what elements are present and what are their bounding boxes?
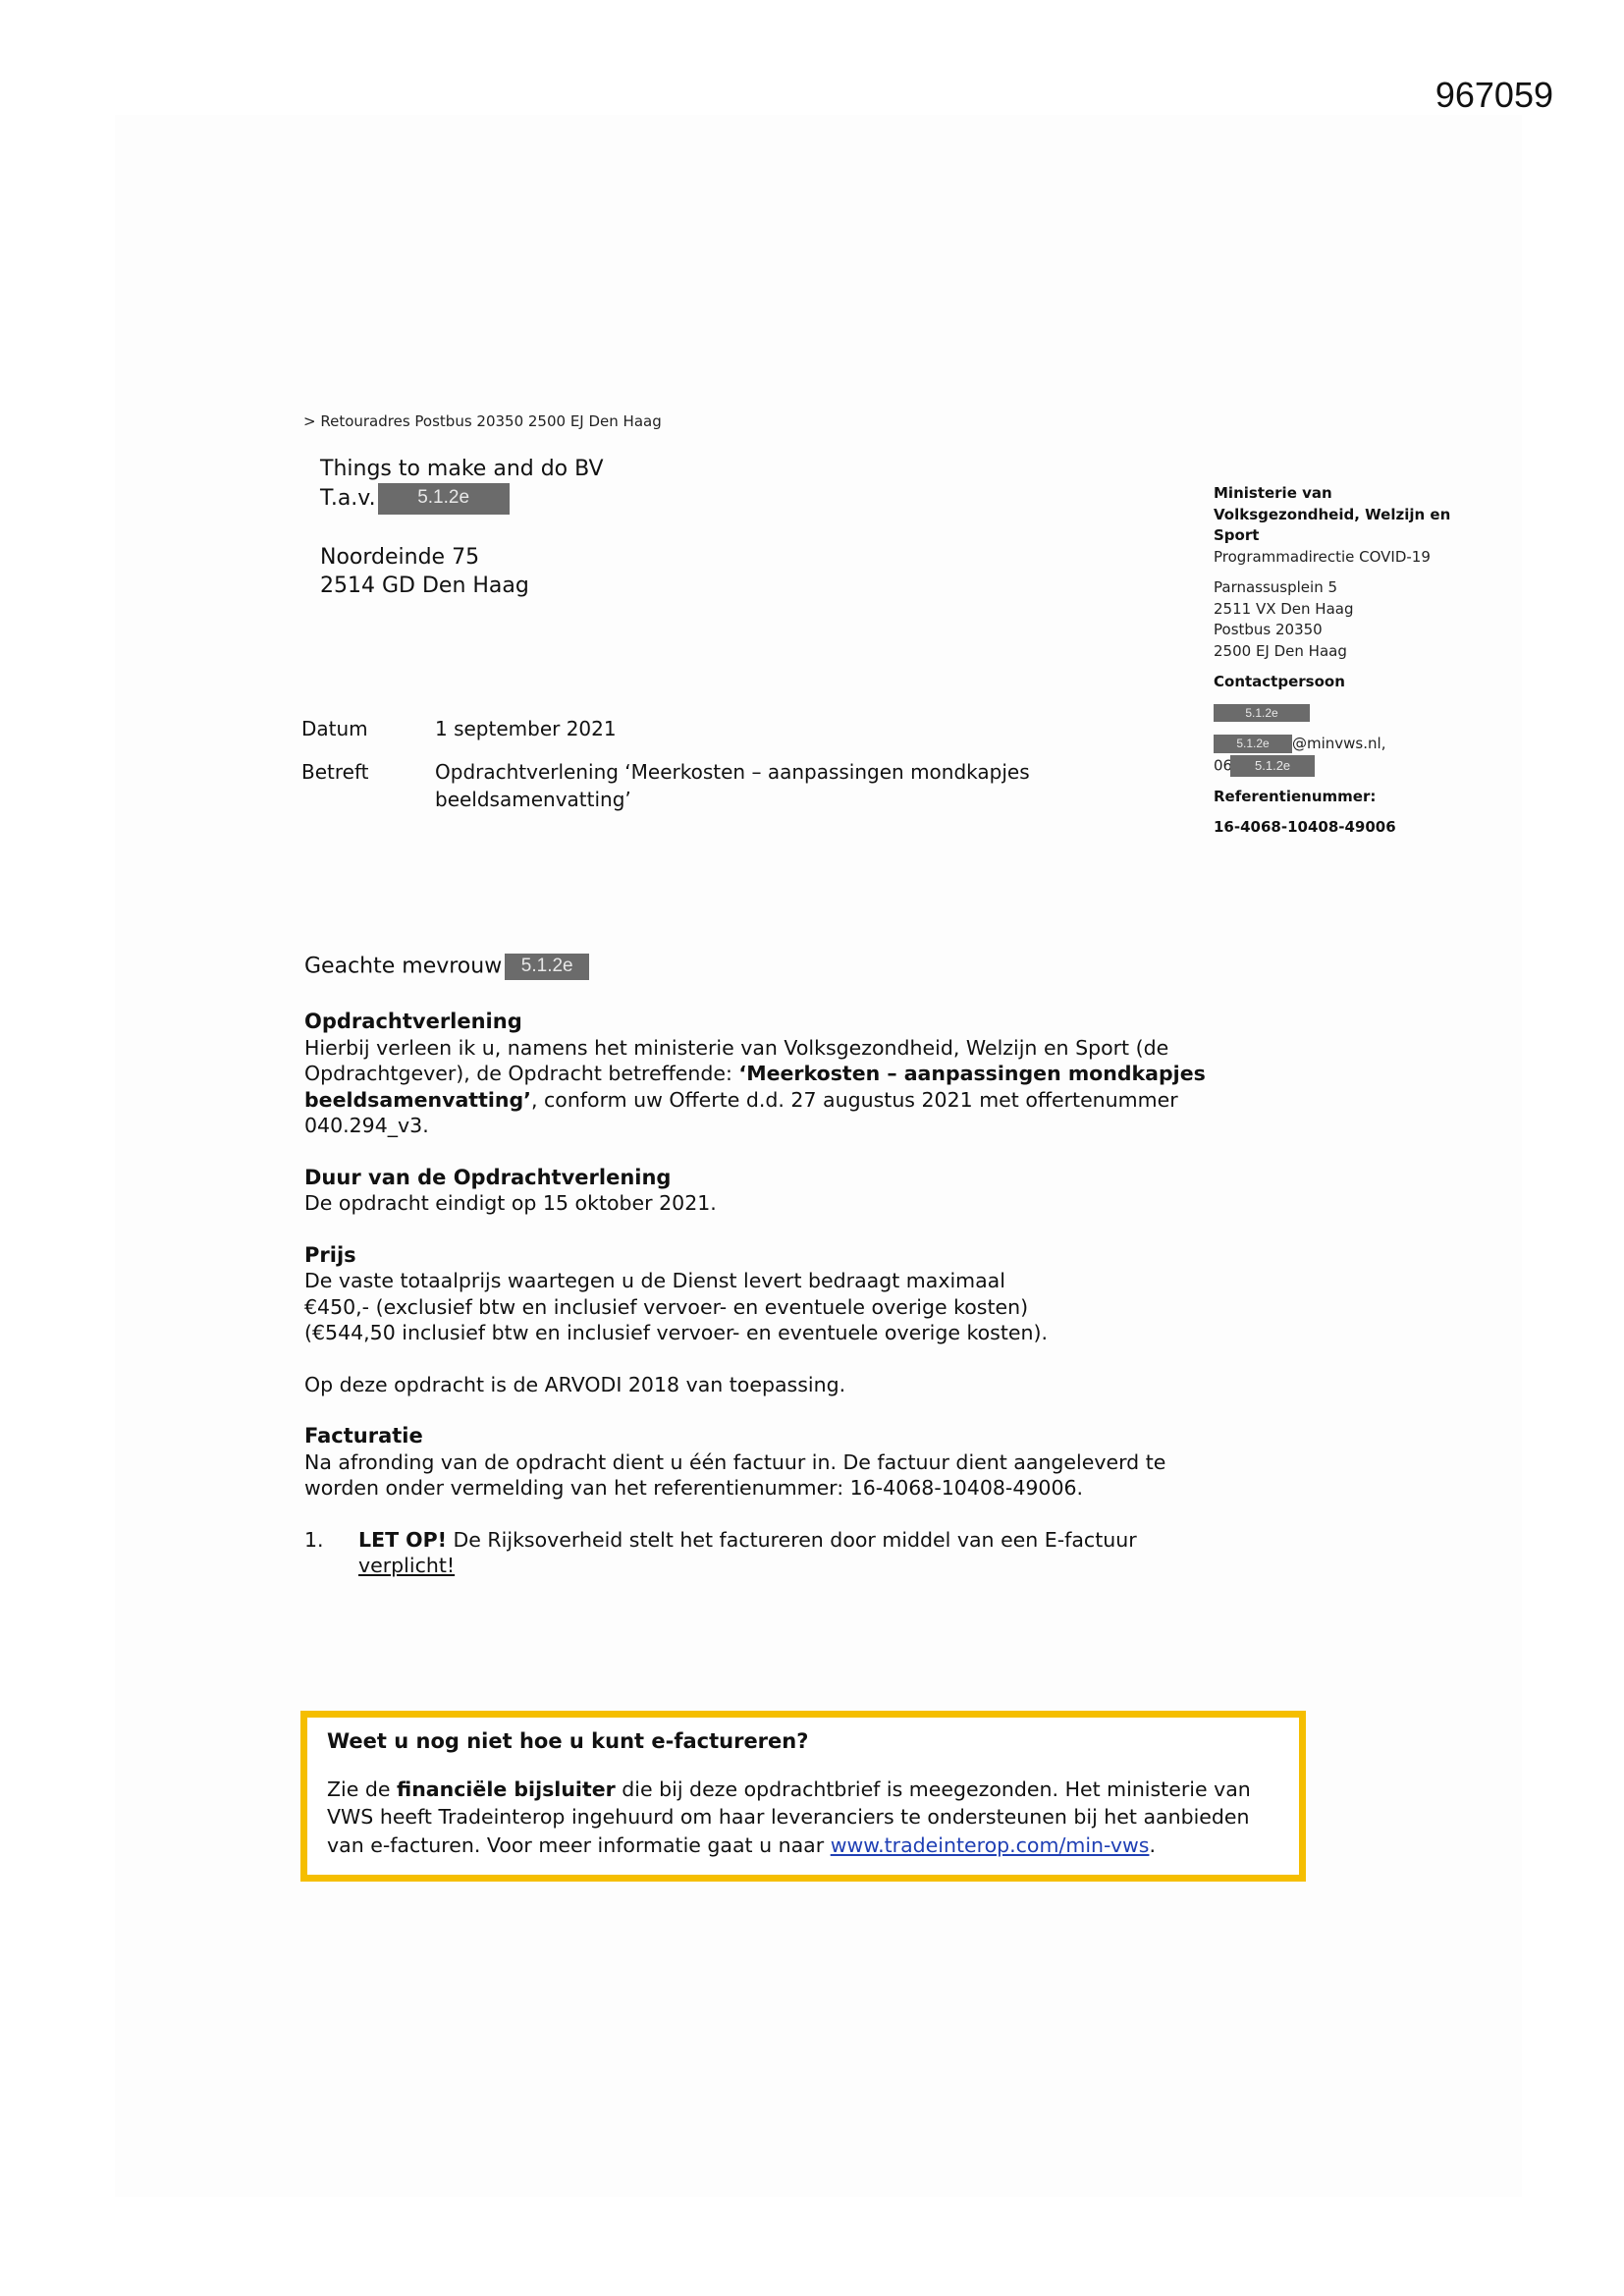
document-number: 967059: [1435, 75, 1553, 116]
subject-label: Betreft: [301, 758, 435, 813]
recipient-street: Noordeinde 75: [320, 543, 604, 572]
sender-directorate: Programmadirectie COVID-19: [1214, 547, 1479, 569]
contact-phone: 065.1.2e: [1214, 755, 1479, 777]
date-row: Datum 1 september 2021: [301, 715, 1122, 742]
info-bold: financiële bijsluiter: [397, 1777, 616, 1801]
section-heading-assignment: Opdrachtverlening: [304, 1009, 1218, 1035]
date-value: 1 september 2021: [435, 715, 1122, 742]
list-item: 1. LET OP! De Rijksoverheid stelt het fa…: [304, 1527, 1218, 1579]
warning-text: De Rijksoverheid stelt het factureren do…: [447, 1528, 1137, 1552]
sender-visit-city: 2511 VX Den Haag: [1214, 599, 1479, 621]
letter-body: Opdrachtverlening Hierbij verleen ik u, …: [304, 1009, 1218, 1579]
letter-meta: Datum 1 september 2021 Betreft Opdrachtv…: [301, 715, 1122, 829]
recipient-address: Things to make and do BV T.a.v.5.1.2e No…: [320, 455, 604, 600]
sender-org-line2: Volksgezondheid, Welzijn en: [1214, 505, 1479, 526]
list-number: 1.: [304, 1527, 358, 1579]
price-line-3: (€544,50 inclusief btw en inclusief verv…: [304, 1321, 1048, 1344]
arvodi-text: Op deze opdracht is de ARVODI 2018 van t…: [304, 1372, 1218, 1398]
sender-visit-street: Parnassusplein 5: [1214, 577, 1479, 599]
info-text-start: Zie de: [327, 1777, 397, 1801]
sender-sidebar: Ministerie van Volksgezondheid, Welzijn …: [1214, 483, 1479, 839]
salutation: Geachte mevrouw5.1.2e: [304, 954, 589, 980]
recipient-company: Things to make and do BV: [320, 455, 604, 483]
subject-row: Betreft Opdrachtverlening ‘Meerkosten – …: [301, 758, 1122, 813]
recipient-city: 2514 GD Den Haag: [320, 572, 604, 600]
info-box-text: Zie de financiële bijsluiter die bij dez…: [327, 1776, 1279, 1860]
reference-label: Referentienummer:: [1214, 787, 1479, 808]
price-line-2: €450,- (exclusief btw en inclusief vervo…: [304, 1295, 1028, 1319]
return-address: > Retouradres Postbus 20350 2500 EJ Den …: [303, 412, 662, 430]
sender-org-line1: Ministerie van: [1214, 483, 1479, 505]
info-box-title: Weet u nog niet hoe u kunt e-factureren?: [327, 1727, 1279, 1756]
redaction-box: 5.1.2e: [505, 954, 589, 980]
section-heading-duration: Duur van de Opdrachtverlening: [304, 1165, 1218, 1191]
price-line-1: De vaste totaalprijs waartegen u de Dien…: [304, 1269, 1005, 1292]
recipient-attention: T.a.v.5.1.2e: [320, 483, 604, 515]
info-text-end: .: [1149, 1833, 1156, 1857]
sender-postbox: Postbus 20350: [1214, 620, 1479, 641]
salutation-text: Geachte mevrouw: [304, 955, 502, 979]
subject-value: Opdrachtverlening ‘Meerkosten – aanpassi…: [435, 758, 1103, 813]
date-label: Datum: [301, 715, 435, 742]
redaction-box: 5.1.2e: [1214, 704, 1310, 722]
section-heading-invoicing: Facturatie: [304, 1423, 1218, 1449]
redaction-box: 5.1.2e: [378, 483, 510, 515]
sender-postbox-city: 2500 EJ Den Haag: [1214, 641, 1479, 663]
email-suffix: @minvws.nl,: [1292, 735, 1385, 752]
redaction-box: 5.1.2e: [1214, 735, 1292, 753]
section-heading-price: Prijs: [304, 1242, 1218, 1269]
warning-emphasis: verplicht!: [358, 1554, 455, 1577]
reference-number: 16-4068-10408-49006: [1214, 817, 1479, 839]
price-paragraph: De vaste totaalprijs waartegen u de Dien…: [304, 1268, 1218, 1346]
redaction-box: 5.1.2e: [1230, 755, 1315, 777]
e-invoicing-info-box: Weet u nog niet hoe u kunt e-factureren?…: [300, 1711, 1306, 1882]
sender-org-line3: Sport: [1214, 525, 1479, 547]
contact-email: 5.1.2e@minvws.nl,: [1214, 734, 1479, 755]
tradeinterop-link[interactable]: www.tradeinterop.com/min-vws: [831, 1833, 1150, 1857]
invoicing-text: Na afronding van de opdracht dient u één…: [304, 1449, 1218, 1502]
assignment-paragraph: Hierbij verleen ik u, namens het ministe…: [304, 1035, 1218, 1139]
list-text: LET OP! De Rijksoverheid stelt het factu…: [358, 1527, 1218, 1579]
contact-label: Contactpersoon: [1214, 672, 1479, 693]
warning-label: LET OP!: [358, 1528, 447, 1552]
duration-text: De opdracht eindigt op 15 oktober 2021.: [304, 1190, 1218, 1217]
attention-prefix: T.a.v.: [320, 486, 376, 511]
